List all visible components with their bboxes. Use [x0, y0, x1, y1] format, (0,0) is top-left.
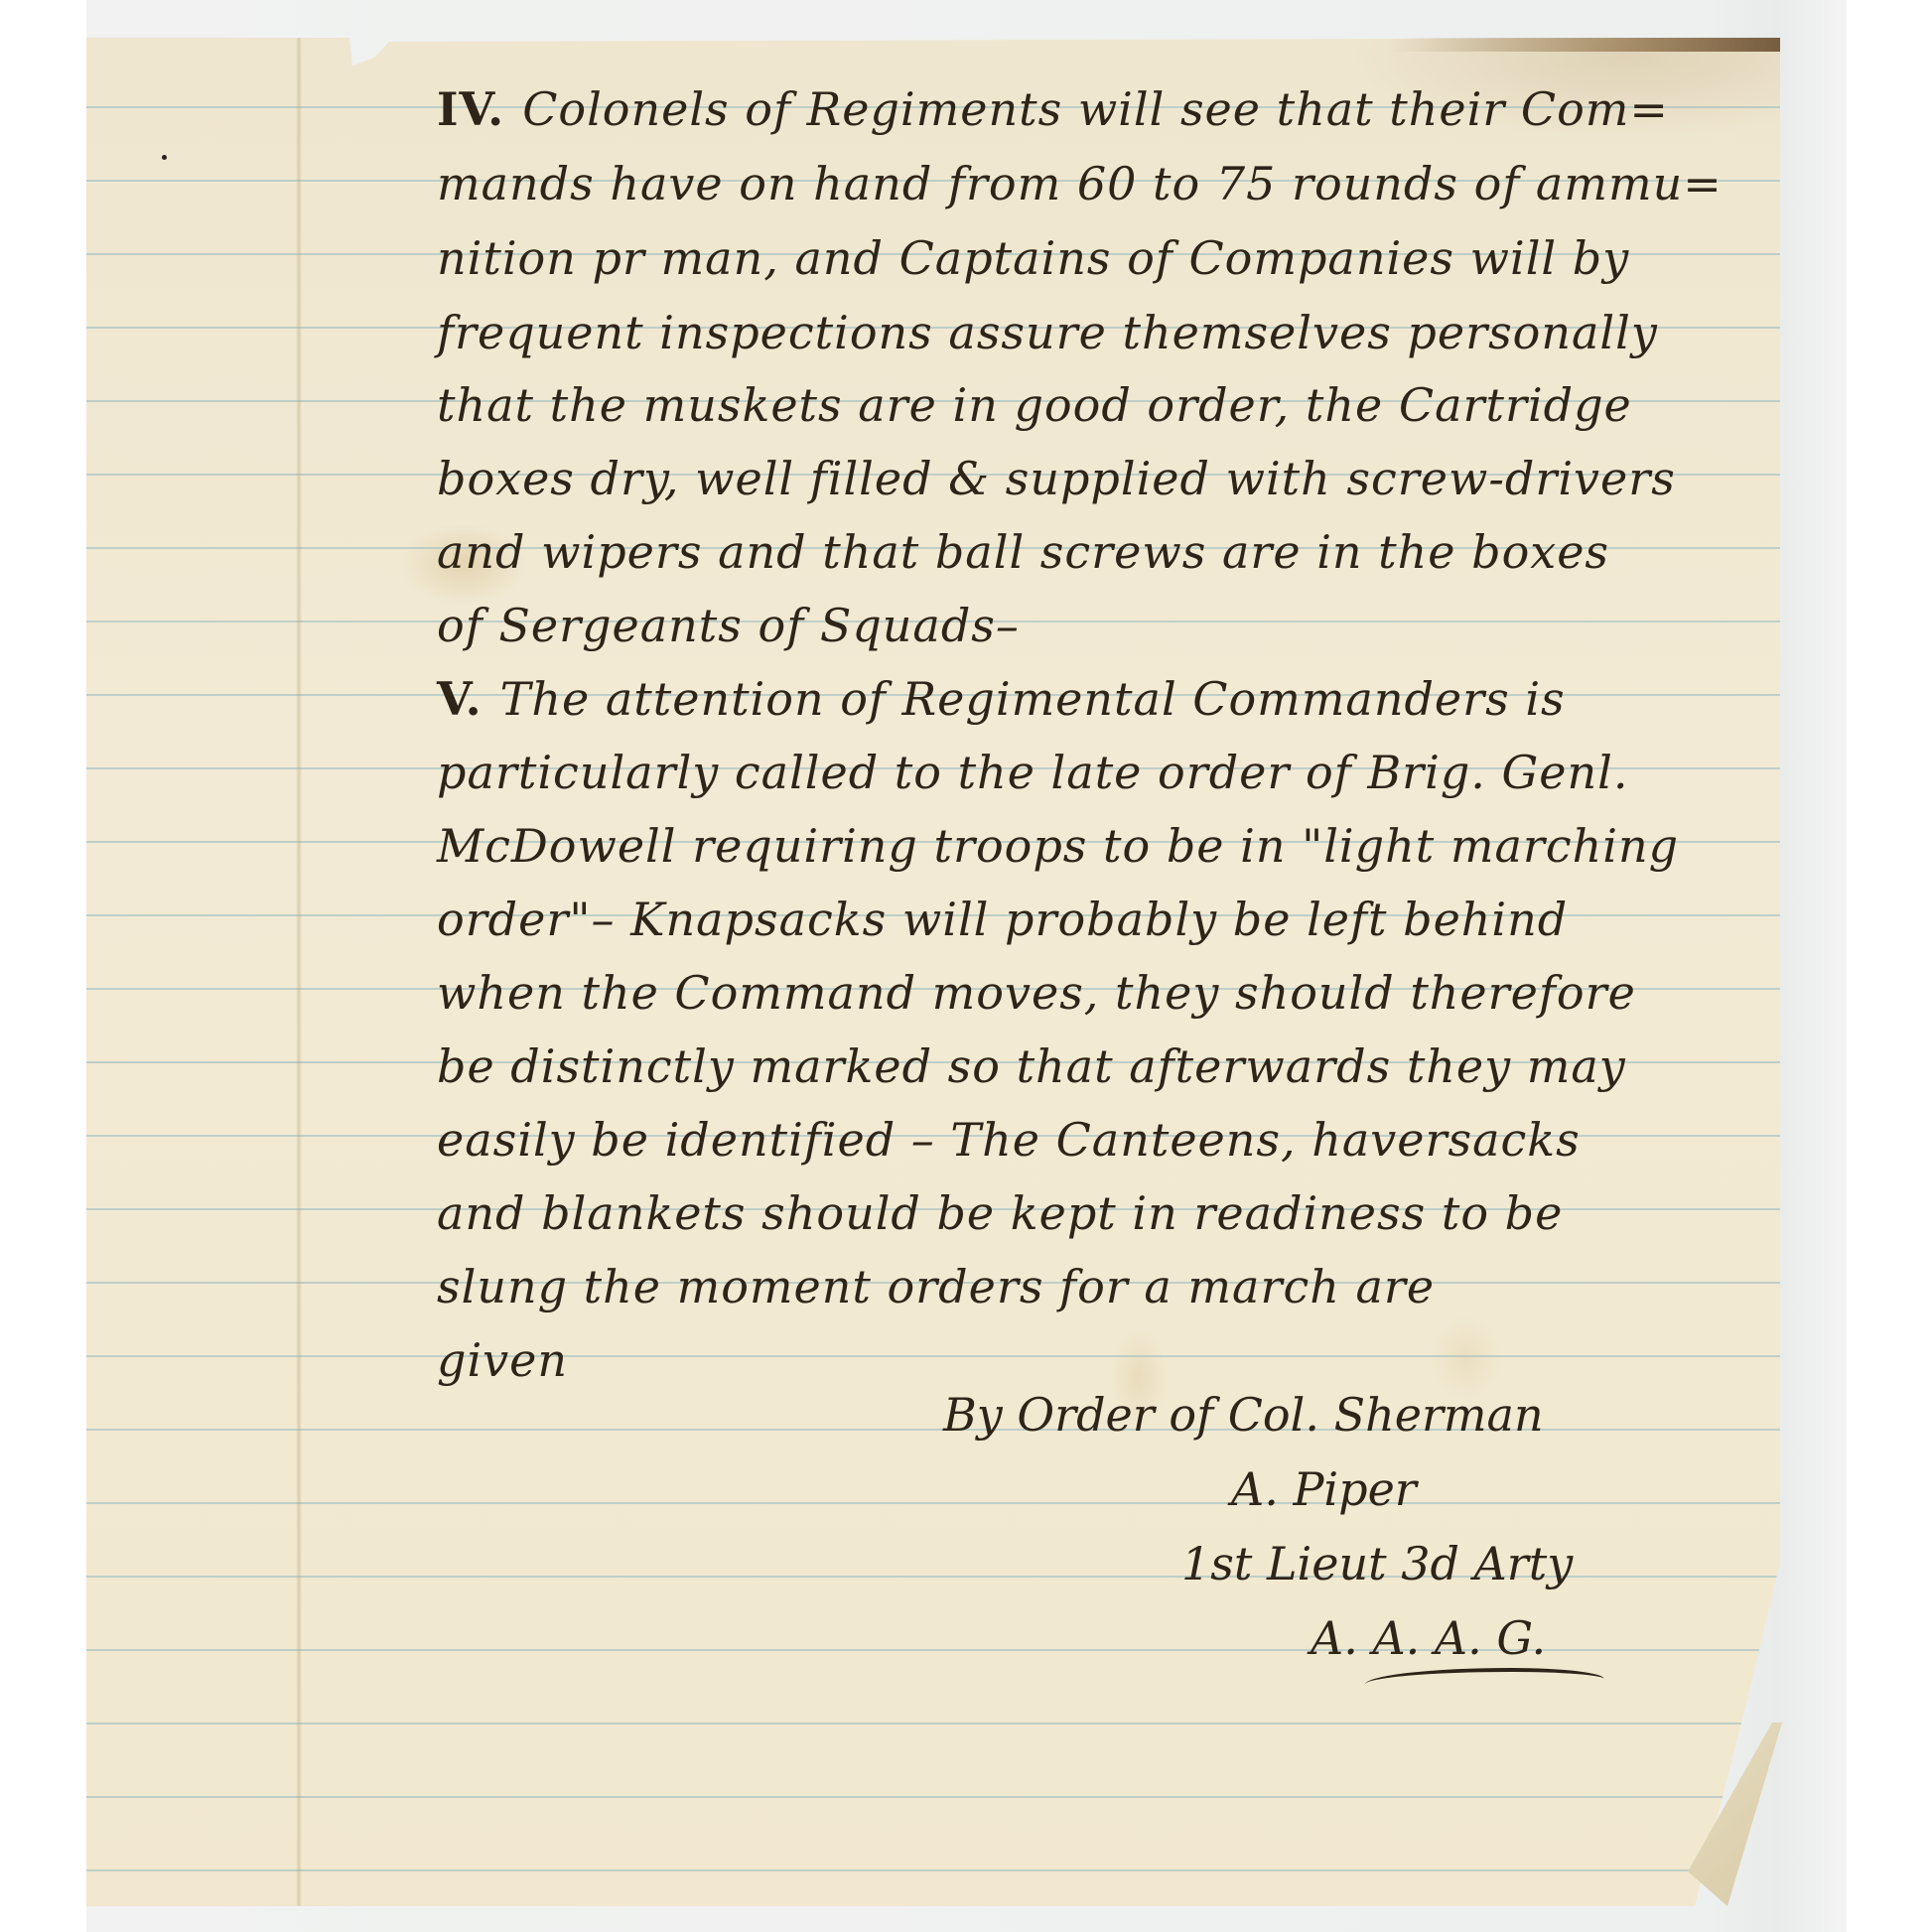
text-line: nition pr man, and Captains of Companies… [437, 228, 1629, 288]
text-line: IV.Colonels of Regiments will see that t… [437, 79, 1669, 139]
text-line: frequent inspections assure themselves p… [437, 303, 1658, 362]
text-line: and blankets should be kept in readiness… [437, 1183, 1563, 1243]
text-line: V.The attention of Regimental Commanders… [437, 669, 1566, 729]
section-numeral: V. [437, 672, 483, 726]
signer-rank: 1st Lieut 3d Arty [1181, 1534, 1573, 1593]
text-line: that the muskets are in good order, the … [437, 375, 1632, 435]
text-line: order"– Knapsacks will probably be left … [437, 890, 1568, 949]
text-line: and wipers and that ball screws are in t… [437, 522, 1609, 582]
top-edge-stain [1390, 38, 1780, 52]
text-line: boxes dry, well filled & supplied with s… [437, 449, 1676, 508]
text-line: particularly called to the late order of… [437, 743, 1628, 802]
text-line: when the Command moves, they should ther… [437, 963, 1636, 1023]
text-line: of Sergeants of Squads– [437, 596, 1020, 655]
signer-name: A. Piper [1231, 1459, 1417, 1519]
text-line: McDowell requiring troops to be in "ligh… [437, 816, 1679, 876]
text-line: given [437, 1330, 568, 1390]
section-numeral: IV. [437, 82, 504, 136]
text-line: slung the moment orders for a march are [437, 1257, 1435, 1316]
signer-title: A. A. A. G. [1311, 1608, 1546, 1668]
text-line: mands have on hand from 60 to 75 rounds … [437, 154, 1723, 213]
by-order-line: By Order of Col. Sherman [943, 1385, 1544, 1445]
ink-speck [162, 155, 167, 160]
bleed-through-ink: ​ [205, 376, 226, 479]
text-line: be distinctly marked so that afterwards … [437, 1036, 1626, 1096]
text-line: easily be identified – The Canteens, hav… [437, 1110, 1581, 1170]
